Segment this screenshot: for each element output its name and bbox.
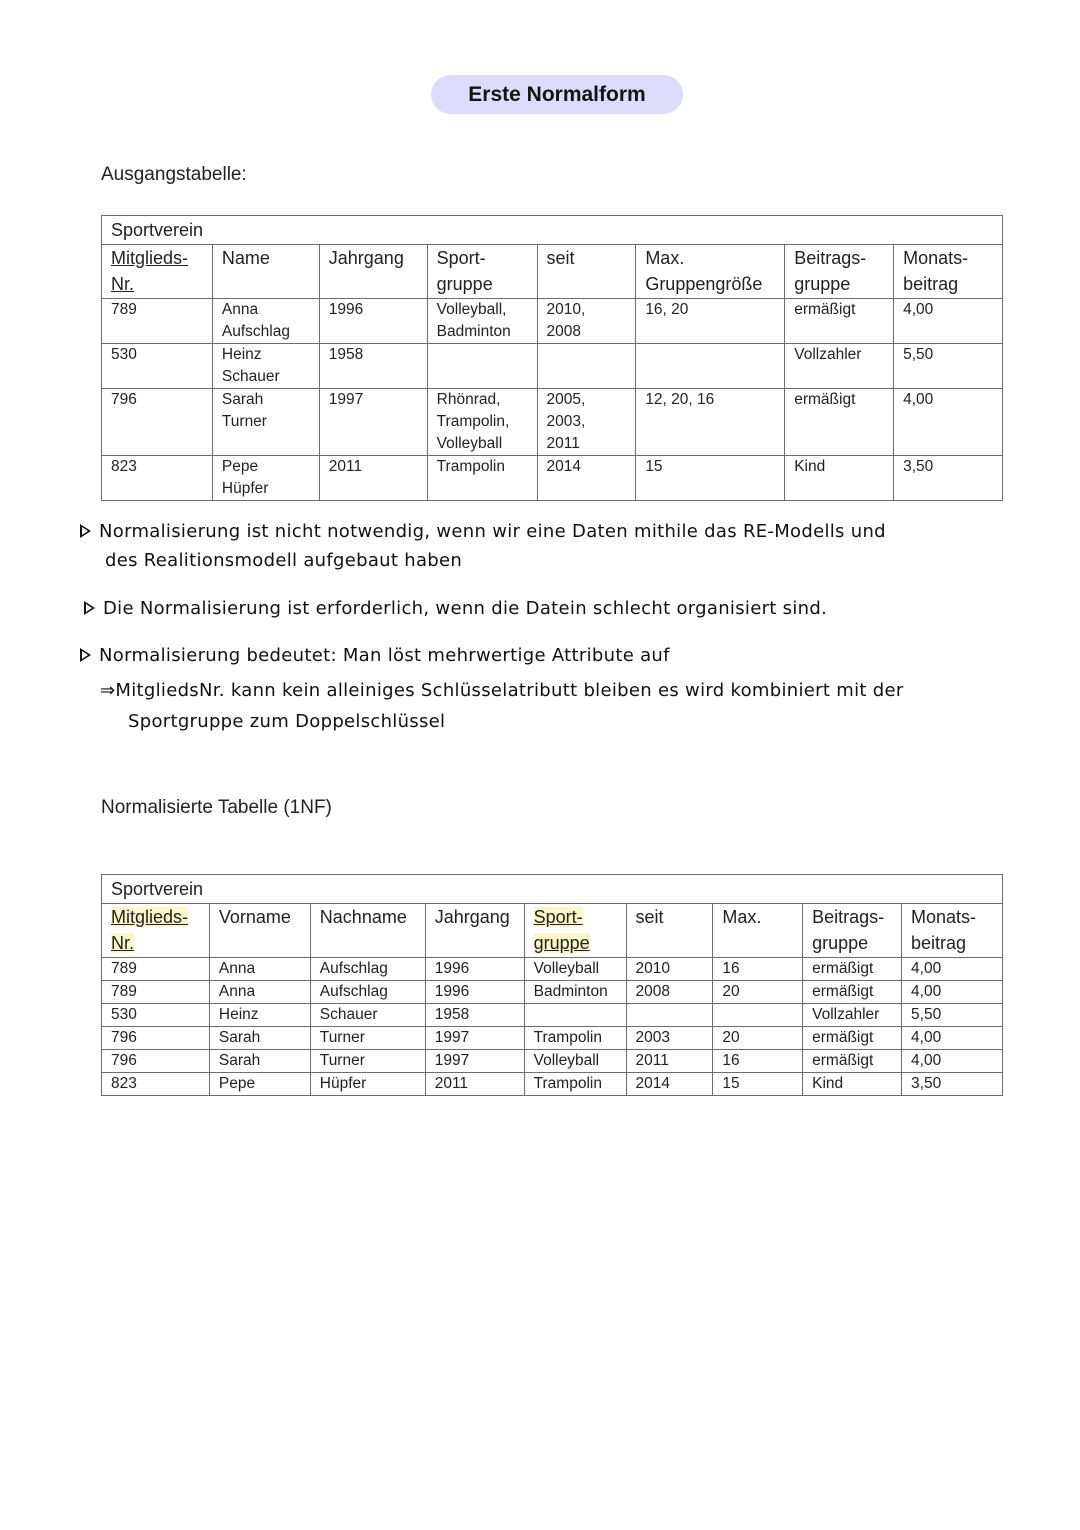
table-cell: 4,00: [902, 981, 1003, 1004]
table-row: 823PepeHüpfer2011Trampolin201415Kind3,50: [102, 456, 1003, 501]
table-cell: 2008: [626, 981, 713, 1004]
table-cell: 2014: [626, 1073, 713, 1096]
column-header: Max.: [713, 904, 803, 958]
column-header: Max.Gruppengröße: [636, 245, 785, 299]
table-cell: [427, 344, 537, 389]
table-cell: [524, 1004, 626, 1027]
table-cell: 15: [636, 456, 785, 501]
column-header: Jahrgang: [319, 245, 427, 299]
column-header: Monats-beitrag: [894, 245, 1003, 299]
table-cell: ermäßigt: [803, 958, 902, 981]
table-cell: Volleyball: [524, 958, 626, 981]
table-cell: 1997: [425, 1027, 524, 1050]
table-cell: 796: [102, 389, 213, 456]
implies-arrow-icon: ⇒: [100, 680, 115, 701]
table-cell: 5,50: [902, 1004, 1003, 1027]
table-cell: ermäßigt: [785, 299, 894, 344]
table-cell: 789: [102, 981, 210, 1004]
column-header: Sport-gruppe: [524, 904, 626, 958]
section-label-ausgangstabelle: Ausgangstabelle:: [101, 164, 247, 186]
column-header: Beitrags-gruppe: [803, 904, 902, 958]
column-header: seit: [626, 904, 713, 958]
table-cell: 789: [102, 958, 210, 981]
table-cell: 20: [713, 1027, 803, 1050]
table-cell: ermäßigt: [785, 389, 894, 456]
column-header: Beitrags-gruppe: [785, 245, 894, 299]
table-cell: 1997: [319, 389, 427, 456]
table-cell: 2003: [626, 1027, 713, 1050]
table-cell: 4,00: [894, 299, 1003, 344]
table-cell: 796: [102, 1027, 210, 1050]
column-header: seit: [537, 245, 636, 299]
table-cell: 789: [102, 299, 213, 344]
table-cell: HeinzSchauer: [212, 344, 319, 389]
table-row: 796SarahTurner1997Rhönrad,Trampolin,Voll…: [102, 389, 1003, 456]
table-cell: Volleyball,Badminton: [427, 299, 537, 344]
table-cell: Heinz: [209, 1004, 310, 1027]
table-cell: Trampolin: [524, 1027, 626, 1050]
table-cell: 2011: [319, 456, 427, 501]
table-cell: Anna: [209, 958, 310, 981]
column-header: Sport-gruppe: [427, 245, 537, 299]
table-cell: Turner: [310, 1050, 425, 1073]
table-cell: ermäßigt: [803, 981, 902, 1004]
column-header: Vorname: [209, 904, 310, 958]
table-row: 530HeinzSchauer1958Vollzahler5,50: [102, 1004, 1003, 1027]
note-3: Normalisierung bedeutet: Man löst mehrwe…: [80, 645, 670, 666]
table-row: 796SarahTurner1997Volleyball201116ermäßi…: [102, 1050, 1003, 1073]
table-cell: Trampolin: [524, 1073, 626, 1096]
table-cell: SarahTurner: [212, 389, 319, 456]
triangle-bullet-icon: [80, 648, 91, 662]
table-cell: 5,50: [894, 344, 1003, 389]
table-cell: 796: [102, 1050, 210, 1073]
table-cell: ermäßigt: [803, 1027, 902, 1050]
table-cell: 3,50: [894, 456, 1003, 501]
table-header-row: Mitglieds-Nr.NameJahrgangSport-gruppesei…: [102, 245, 1003, 299]
table-cell: PepeHüpfer: [212, 456, 319, 501]
table-cell: 2005,2003,2011: [537, 389, 636, 456]
table-cell: ermäßigt: [803, 1050, 902, 1073]
table-cell: Turner: [310, 1027, 425, 1050]
table-cell: Trampolin: [427, 456, 537, 501]
table-cell: 1958: [319, 344, 427, 389]
table-cell: 15: [713, 1073, 803, 1096]
note-1: Normalisierung ist nicht notwendig, wenn…: [80, 521, 886, 542]
table-cell: Volleyball: [524, 1050, 626, 1073]
table-cell: Schauer: [310, 1004, 425, 1027]
table-cell: Kind: [803, 1073, 902, 1096]
table-cell: 2010: [626, 958, 713, 981]
table-cell: [713, 1004, 803, 1027]
table-cell: 2011: [425, 1073, 524, 1096]
table-cell: 1996: [425, 958, 524, 981]
triangle-bullet-icon: [80, 524, 91, 538]
table-cell: 2011: [626, 1050, 713, 1073]
table-cell: 2010,2008: [537, 299, 636, 344]
table-cell: [537, 344, 636, 389]
table-cell: Badminton: [524, 981, 626, 1004]
table-cell: 530: [102, 1004, 210, 1027]
note-4: ⇒MitgliedsNr. kann kein alleiniges Schlü…: [100, 680, 904, 701]
table-cell: [626, 1004, 713, 1027]
table-row: 789AnnaAufschlag1996Badminton200820ermäß…: [102, 981, 1003, 1004]
table-cell: 16, 20: [636, 299, 785, 344]
normalisierte-tabelle: SportvereinMitglieds-Nr.VornameNachnameJ…: [101, 874, 1003, 1096]
table-cell: Vollzahler: [803, 1004, 902, 1027]
column-header: Nachname: [310, 904, 425, 958]
column-header: Mitglieds-Nr.: [102, 904, 210, 958]
page-title: Erste Normalform: [431, 75, 683, 114]
table-row: 530HeinzSchauer1958Vollzahler5,50: [102, 344, 1003, 389]
note-1-continued: des Realitionsmodell aufgebaut haben: [105, 550, 462, 571]
note-2: Die Normalisierung ist erforderlich, wen…: [84, 598, 827, 619]
table-row: 789AnnaAufschlag1996Volleyball201016ermä…: [102, 958, 1003, 981]
table-cell: Kind: [785, 456, 894, 501]
table-cell: Sarah: [209, 1050, 310, 1073]
table-cell: 12, 20, 16: [636, 389, 785, 456]
table-cell: Vollzahler: [785, 344, 894, 389]
triangle-bullet-icon: [84, 601, 95, 615]
table-header-row: Mitglieds-Nr.VornameNachnameJahrgangSpor…: [102, 904, 1003, 958]
table-cell: 4,00: [894, 389, 1003, 456]
table-cell: Aufschlag: [310, 981, 425, 1004]
table-caption: Sportverein: [102, 875, 1003, 904]
table-cell: 3,50: [902, 1073, 1003, 1096]
table-cell: 16: [713, 1050, 803, 1073]
table-row: 796SarahTurner1997Trampolin200320ermäßig…: [102, 1027, 1003, 1050]
table-cell: Rhönrad,Trampolin,Volleyball: [427, 389, 537, 456]
table-cell: 1958: [425, 1004, 524, 1027]
table-cell: 4,00: [902, 1027, 1003, 1050]
note-4-continued: Sportgruppe zum Doppelschlüssel: [128, 711, 445, 732]
table-cell: 1996: [425, 981, 524, 1004]
table-cell: 823: [102, 456, 213, 501]
table-cell: 530: [102, 344, 213, 389]
table-cell: Sarah: [209, 1027, 310, 1050]
column-header: Jahrgang: [425, 904, 524, 958]
column-header: Name: [212, 245, 319, 299]
column-header: Monats-beitrag: [902, 904, 1003, 958]
table-cell: AnnaAufschlag: [212, 299, 319, 344]
section-label-normalisiert: Normalisierte Tabelle (1NF): [101, 797, 332, 819]
table-cell: Aufschlag: [310, 958, 425, 981]
table-cell: Pepe: [209, 1073, 310, 1096]
table-cell: 16: [713, 958, 803, 981]
table-cell: 4,00: [902, 1050, 1003, 1073]
table-cell: Hüpfer: [310, 1073, 425, 1096]
table-cell: 823: [102, 1073, 210, 1096]
table-cell: 2014: [537, 456, 636, 501]
ausgangstabelle: SportvereinMitglieds-Nr.NameJahrgangSpor…: [101, 215, 1003, 501]
table-cell: [636, 344, 785, 389]
table-cell: 1996: [319, 299, 427, 344]
table-row: 789AnnaAufschlag1996Volleyball,Badminton…: [102, 299, 1003, 344]
column-header: Mitglieds-Nr.: [102, 245, 213, 299]
table-caption: Sportverein: [102, 216, 1003, 245]
table-row: 823PepeHüpfer2011Trampolin201415Kind3,50: [102, 1073, 1003, 1096]
table-cell: 1997: [425, 1050, 524, 1073]
table-cell: Anna: [209, 981, 310, 1004]
table-cell: 4,00: [902, 958, 1003, 981]
table-cell: 20: [713, 981, 803, 1004]
